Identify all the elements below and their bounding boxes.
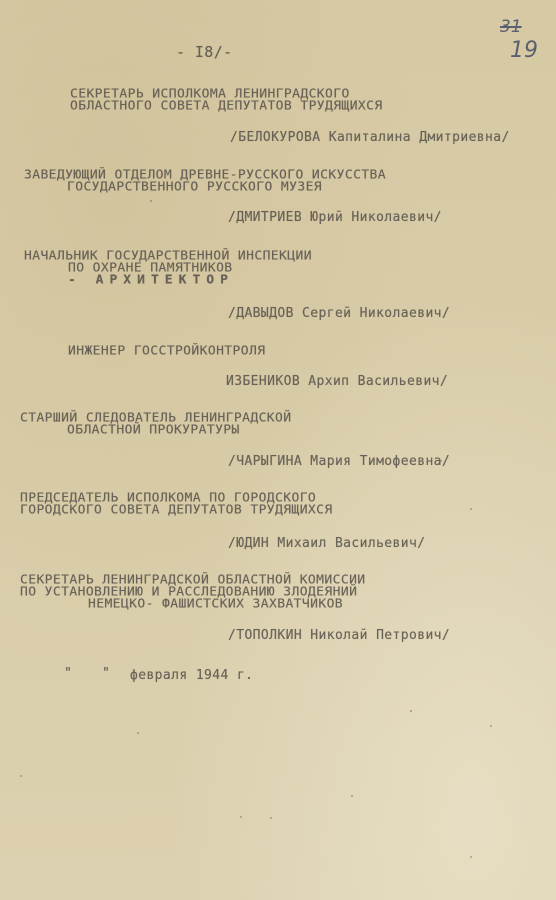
signatory-name: /ЮДИН Михаил Васильевич/ (228, 537, 425, 550)
signatory-title-line: ОБЛАСТНОГО СОВЕТА ДЕПУТАТОВ ТРУДЯЩИХСЯ (70, 100, 383, 112)
date-quote-close: " (102, 667, 110, 680)
paper-speck (351, 795, 353, 797)
paper-speck (470, 508, 472, 510)
archive-folio-new: 19 (510, 38, 538, 63)
paper-speck (240, 816, 242, 818)
paper-speck (440, 460, 442, 462)
paper-speck (20, 775, 22, 777)
signatory-title-line: ИНЖЕНЕР ГОССТРОЙКОНТРОЛЯ (68, 345, 265, 357)
date-text: февраля 1944 г. (130, 669, 253, 682)
signatory-name: /БЕЛОКУРОВА Капиталина Дмитриевна/ (230, 131, 510, 144)
signatory-title-line: НЕМЕЦКО- ФАШИСТСКИХ ЗАХВАТЧИКОВ (88, 598, 343, 610)
signatory-title-line: ГОСУДАРСТВЕННОГО РУССКОГО МУЗЕЯ (67, 181, 322, 193)
paper-speck (410, 710, 412, 712)
signatory-name: /ДМИТРИЕВ Юрий Николаевич/ (228, 211, 442, 224)
signatory-name: /ДАВЫДОВ Сергей Николаевич/ (228, 307, 450, 320)
paper-speck (150, 200, 152, 202)
signatory-title-line: ОБЛАСТНОЙ ПРОКУРАТУРЫ (67, 424, 240, 436)
signatory-name: /ТОПОЛКИН Николай Петрович/ (228, 629, 450, 642)
page-number: - I8/- (176, 46, 233, 59)
document-page: - I8/- 31 19 СЕКРЕТАРЬ ИСПОЛКОМА ЛЕНИНГР… (0, 0, 556, 900)
signatory-title-line: ГОРОДСКОГО СОВЕТА ДЕПУТАТОВ ТРУДЯЩИХСЯ (20, 504, 333, 516)
archive-folio-old: 31 (500, 17, 522, 37)
paper-speck (490, 725, 492, 727)
paper-speck (137, 732, 139, 734)
date-quote-open: " (64, 667, 72, 680)
signatory-name: /ЧАРЫГИНА Мария Тимофеевна/ (228, 455, 450, 468)
signatory-title-line: - АРХИТЕКТОР (68, 274, 234, 286)
paper-speck (470, 856, 472, 858)
paper-speck (270, 817, 272, 819)
signatory-name: ИЗБЕНИКОВ Архип Васильевич/ (226, 375, 448, 388)
